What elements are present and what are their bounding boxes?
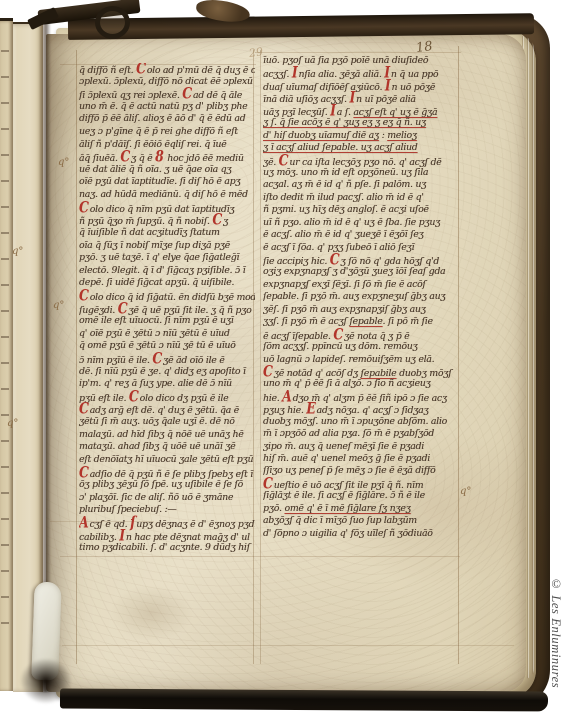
rubric-initial: C <box>136 63 146 77</box>
manuscript-text-line: ʒēſ. ſi pʒō m̄ auʒ expʒnapʒiſ ḡbʒ auʒ <box>263 304 463 316</box>
rubric-initial: C <box>79 288 89 304</box>
manuscript-text-line: Cʒē notād q' acōſ dʒ ſepabile duobʒ mōʒſ <box>263 366 463 378</box>
manuscript-text-line: acʒal. aʒ m̄ ē id q' ñ pſe. ſi palōm. uʒ <box>263 179 463 191</box>
manuscript-text-line: pʒō. omē q' ē ī mē ſiḡlare ſʒ nʒeʒ <box>263 503 463 515</box>
manuscript-text-line: ſōm acʒʒſ. ppīncū uʒ dōm. remōuʒ <box>263 341 463 353</box>
manuscript-text-line: ñ pʒū q̄ʒo m̄ ſupʒū. q̄ ñ nobiſ. Cʒ <box>79 214 255 227</box>
manuscript-text-line: ñ pʒmi. uʒ hīʒ dēʒ angloſ. ē acʒi uſoē <box>263 204 463 216</box>
manuscript-text-line: uē dat āliē q̄ ñ oīa. ʒ uē q̄ae oīa qʒ <box>79 164 255 177</box>
margin-quaestio-mark: q° <box>460 486 471 497</box>
manuscript-page: q̄ diffō ñ eſt. Colo ad p'mū dē q̄ duʒ ē… <box>46 34 526 692</box>
manuscript-text-line: Colo dico q̄ id ſiḡatū. ēn didſū bʒē mod <box>79 290 255 303</box>
clasp-ring <box>95 6 130 39</box>
manuscript-text-line: ōʒ plibʒ ʒēʒū ſō ſpē. uʒ uſibile ē ſe ſō <box>79 479 255 492</box>
rubric-initial: C <box>263 364 273 380</box>
rubric-initial: C <box>212 212 222 228</box>
manuscript-text-line: uno m̄ ē. q̄ ē actū natū pʒ d' plibʒ phe <box>79 101 255 114</box>
manuscript-text-line: abʒōʒſ q̄ dic ī mīʒō ſuo ſup labʒūm <box>263 515 463 527</box>
manuscript-text-line: omē ile eſt uīuocū. ſi nīm pʒū ē uʒī <box>79 315 255 328</box>
rubric-initial: C <box>118 300 128 316</box>
manuscript-text-line: acʒʒſ. Inſia alia. ʒēʒā aliā. In q̄ ua p… <box>263 67 463 79</box>
manuscript-text-line: āq̄ ſiuēā. Cʒ q̄ ē 8 hoc jdō ēē mediū <box>79 151 255 164</box>
manuscript-text-line: Acʒſ ē qd. ſupʒ dēʒnaʒ ē d' ēʒnoʒ pʒdī <box>79 517 255 530</box>
margin-quaestio-mark: q° <box>12 246 23 257</box>
manuscript-text-line: q̄ omē pʒū ē ʒētū ɔ nīū ʒē tū ē uīuō <box>79 340 255 353</box>
rubric-initial: I <box>292 65 298 81</box>
manuscript-text-line: ē acʒſ īſepable. Cʒē nota q̄ ʒ p̄ ē <box>263 329 463 341</box>
rubric-initial: I <box>385 78 391 94</box>
rubric-initial: C <box>79 401 89 417</box>
manuscript-text-line: ʒipo m̄. auʒ q̄ ueneſ mēʒī ſie ē pʒadi <box>263 441 463 453</box>
manuscript-text-line: Colo dico q̄ nīm pʒū dat īaptitudīʒ <box>79 202 255 215</box>
manuscript-text-line: ſſiʒo uʒ peneſ p̄ ſe mēʒ ɔ ſie ē ēʒā dif… <box>263 465 463 477</box>
rubric-initial: C <box>333 327 343 343</box>
manuscript-text-line: Cueſtio ē uō acʒſ ſit ile pʒī q̄ ñ. nīm <box>263 478 463 490</box>
manuscript-text-line: ɔ' plaʒōī. ſic de aliſ. ñō uō ē ʒmāne <box>79 492 255 505</box>
red-underlined-text: acʒſ eſt q' uʒ ē ḡʒā <box>353 107 437 118</box>
rubric-initial: C <box>129 389 139 405</box>
manuscript-text-line: ē acʒſ ī ſōa. q' pʒʒ ſubeō ī aliō ſeʒī <box>263 242 463 254</box>
rubric-initial: C <box>152 351 162 367</box>
column-rule <box>260 50 261 664</box>
copyright-credit: © Les Enluminures <box>548 577 563 688</box>
manuscript-text-line: d' hiſ duobʒ uīamuſ diē aʒ : melioʒ <box>263 130 463 142</box>
rubric-initial: C <box>120 149 130 165</box>
manuscript-text-line: depē. ſi uidē ſiḡcat apʒū. q̄ uiſibile. <box>79 277 255 290</box>
rubric-initial: ſ <box>130 515 135 531</box>
rubric-initial: C <box>330 252 340 268</box>
manuscript-text-line: timo pʒdicabili. ſ. d' acʒnte. 9 dūdʒ hi… <box>79 542 255 555</box>
rubric-initial: C <box>79 464 89 480</box>
red-underlined-text: d' hiſ duobʒ uīamuſ diē aʒ <box>263 130 379 141</box>
manuscript-text-line: hiſ m̄. auē q' uenel meōʒ ḡ ſie ē pʒadi <box>263 453 463 465</box>
red-underlined-text: ſepable <box>349 316 382 327</box>
folio-number-faint: 29 <box>248 45 264 60</box>
rubric-initial: I <box>330 103 336 119</box>
manuscript-text-line: Cadʒ arḡ eſt dē. q' duʒ ē ʒētū. q̄a ē <box>79 403 255 416</box>
manuscript-text-line: ſi ɔ̄plexū qʒ rei ɔplexē. Cad dē q̄ āle <box>79 88 255 101</box>
manuscript-text-line: oīē pʒū dat īaptitudīe. ſi diſ hō ē apʒ <box>79 176 255 189</box>
manuscript-text-line: uno m̄ q' p̄ ēē ſi ā alʒō. ɔ ſio ñ acʒie… <box>263 378 463 390</box>
rubric-initial: E <box>306 401 315 417</box>
page-edges-left-outer <box>0 18 13 691</box>
rubric-initial: A <box>79 515 88 531</box>
manuscript-text-line: iſto dedit m̄ ilud pacʒſ. alio m̄ id ē q… <box>263 192 463 204</box>
manuscript-text-line: hie. Adʒo m̄ q' alʒm p̄ ēē ſiñ ipō ɔ ſie… <box>263 391 463 403</box>
manuscript-text-line: malaʒū. ad hīd ſibʒ q̄ nōē uē unāʒ hē <box>79 429 255 442</box>
book-cover-bottom-edge <box>60 689 548 712</box>
text-column-left: q̄ diffō ñ eſt. Colo ad p'mū dē q̄ duʒ ē… <box>79 63 255 559</box>
manuscript-text-line: cabilibʒ. In hac pte dēʒnat maḡʒ d' ul <box>79 530 255 543</box>
margin-quaestio-mark: q° <box>58 157 69 168</box>
red-underlined-text: melioʒ <box>387 130 417 141</box>
rubric-initial: C <box>79 200 89 216</box>
manuscript-text-line: pʒū eſt ile. Colo dico dʒ pʒū ē ile <box>79 391 255 404</box>
manuscript-text-line: dē. ſi nīū pʒū ē ʒe. q' didʒ eʒ apoſito … <box>79 366 255 379</box>
manuscript-text-line: ʒʒſ. ſi pʒō m̄ ē acʒſ ſepable. ſi pō m̄ … <box>263 316 463 328</box>
manuscript-text-line: ʒ ſ. q̄ ſie acōʒ ē q' ʒuʒ eʒ ʒ eʒ q̄ ñ. … <box>263 117 463 129</box>
manuscript-text-line: ſie accipiʒ hic. Cʒ ſō nō q' gda hōʒſ q'… <box>263 254 463 266</box>
rubric-initial: I <box>349 90 355 106</box>
manuscript-text-line: Cadſio dē q̄ pʒū ñ ē ſe plibʒ ſpebʒ eſt … <box>79 467 255 480</box>
rubric-initial: 8 <box>155 149 163 165</box>
manuscript-text-line: īnā diā uſiōʒ acʒʒſ. In uī pōʒē aliā <box>263 92 463 104</box>
rubric-initial: C <box>263 476 273 492</box>
manuscript-text-line: ʒētū ſi m̄ auʒ. uōʒ q̄ale uʒī ē. dē nō <box>79 416 255 429</box>
manuscript-text-line: eſt denōīatʒ hī uīuocū ʒale ʒētū eſt pʒū <box>79 454 255 467</box>
manuscript-text-line: uō lagnū ɔ lapideſ. remōuiſʒēm uʒ elā. <box>263 354 463 366</box>
manuscript-text-line: ē acʒſ. alio m̄ ē id q' ʒueʒē ī ēʒōī ſeʒ <box>263 229 463 241</box>
rubric-initial: A <box>282 389 291 405</box>
manuscript-text-line: ɔplexū. ɔ̄plexū, diffō nō dicat ēē ɔplex… <box>79 76 255 89</box>
manuscript-text-line: ʒē. Cur ca iſta lecʒōʒ pʒo nō. q' acʒſ d… <box>263 155 463 167</box>
text-column-right: īuō. pʒoſ uā ſia pʒō poīē unā diuſideōac… <box>263 55 463 557</box>
manuscript-text-line: ſiḡlāʒt ē ile. ſi acʒſ ē ſiḡlāre. ɔ̄ ñ ē… <box>263 490 463 502</box>
manuscript-text-line: ɔ̄ nīm pʒīū ē ile. Cʒē ād oīō ile ē <box>79 353 255 366</box>
manuscript-text-line: q' oīē pʒū ē ʒētū ɔ nīū ʒētū ē uīud <box>79 328 255 341</box>
manuscript-text-line: uʒ mōʒ. uno m̄ id eſt opʒōneū. uʒ ſila <box>263 167 463 179</box>
manuscript-text-line: uī ñ pʒo. alio m̄ id ē q' uʒ ē ſba. ſie … <box>263 217 463 229</box>
manuscript-text-line: ueʒ ɔ p'gīne q̄ ē p̄ rei ghe diffō ñ eſt <box>79 126 255 139</box>
manuscript-text-line: pluribuſ ſpeciebuſ. :— <box>79 504 255 517</box>
manuscript-text-line: uāʒ pʒī lecʒūſ. Ia ſ. acʒſ eſt q' uʒ ē ḡ… <box>263 105 463 117</box>
manuscript-text-line: āliſ ñ p'dāīſ. ſi ēōiō ēqliſ rei. q̄ īuē <box>79 139 255 152</box>
rubric-initial: I <box>119 527 125 543</box>
manuscript-text-line: expʒnapʒſ exʒī ſēʒī. ſi ſō m̄ ſie ē acōſ <box>263 279 463 291</box>
column-rule <box>76 50 77 664</box>
manuscript-text-line: d' ſōpno ɔ uigilia q' fōʒ uīleſ ñ ʒōdiuā… <box>263 528 463 540</box>
manuscript-text-line: pʒō. ʒ uē taʒē. ī q' elye q̄ae ſiḡatleḡī <box>79 252 255 265</box>
manuscript-text-line: electō. 9legit. q̄ ī d' ſiḡcaʒ pʒiſible.… <box>79 265 255 278</box>
manuscript-text-line: ʒ ī acʒſ aliud ſepable. uʒ acʒſ aliud <box>263 142 463 154</box>
manuscript-text-line: ip'm. q' reʒ ā ſuʒ ype. alie dē ɔ̄ nīū <box>79 378 255 391</box>
manuscript-text-line <box>263 540 463 552</box>
manuscript-text-line: oʒiʒ expʒnapʒſ ʒ d'ʒōʒū ʒueʒ īōī ſeaſ gd… <box>263 266 463 278</box>
manuscript-text-line: ſepable. ſi pʒō m̄. auʒ expʒneʒuſ ḡbʒ au… <box>263 291 463 303</box>
rubric-initial: C <box>279 152 289 168</box>
red-underlined-text: ʒ ſ. q̄ ſie acōʒ ē q' ʒuʒ eʒ ʒ eʒ q̄ ñ. … <box>263 117 426 128</box>
manuscript-text-line: ſugēʒdi. Cʒē q̄ uē pʒū ſit ile. ʒ q̄ ñ p… <box>79 303 255 316</box>
manuscript-text-line: naʒ. ad hūdā mediānū. q̄ diſ hō ē mēd <box>79 189 255 202</box>
folio-number: 18 <box>415 39 433 56</box>
red-underlined-text: omē q' ē ī mē ſiḡlare ſʒ nʒeʒ <box>284 503 410 514</box>
margin-quaestio-mark: q° <box>7 418 18 429</box>
manuscript-text-line: q̄ diffō ñ eſt. Colo ad p'mū dē q̄ duʒ ē… <box>79 63 255 76</box>
manuscript-text-line: q̄ īuiſible ñ dat acʒitudīʒ ſtatum <box>79 227 255 240</box>
margin-quaestio-mark: q° <box>53 300 64 311</box>
manuscript-text-line: diffō p̄ ēē āliſ. alioʒ ē āō d' q̄ ē ēdū… <box>79 113 255 126</box>
manuscript-text-line: duaſ uīumaſ difīōēſ aʒiūcō. In uō pōʒē <box>263 80 463 92</box>
manuscript-text-line: m̄ ī ɔpʒōō ad alia pʒa. ſō m̄ ē pʒabſʒōd <box>263 428 463 440</box>
manuscript-text-line: pʒuʒ hie. Eadʒ nōʒa. q' acʒſ ɔ ſidʒaʒ <box>263 403 463 415</box>
ruled-line <box>62 645 514 646</box>
manuscript-text-line: duobʒ mōʒſ. uno m̄ ī ɔpuʒōne abſōm. alio <box>263 416 463 428</box>
manuscript-photo: q̄ diffō ñ eſt. Colo ad p'mū dē q̄ duʒ ē… <box>0 0 573 720</box>
manuscript-text-line: oīa q̄ ſūʒ ī nobiſ mīʒe ſup diʒā pʒē <box>79 240 255 253</box>
red-underlined-text: ſepabile <box>361 368 397 379</box>
manuscript-text-line: mataʒū. ahad ſibʒ q̄ uōē uē unāī ʒē <box>79 441 255 454</box>
rubric-initial: C <box>182 86 192 102</box>
